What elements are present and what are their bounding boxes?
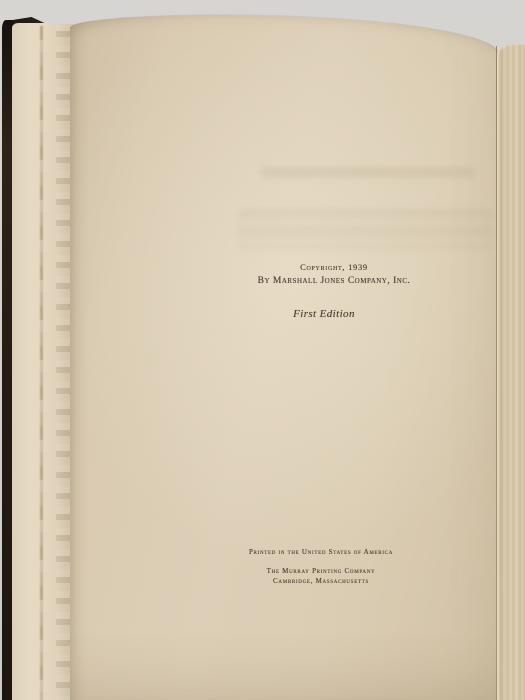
colophon-block: Printed in the United States of America … — [221, 548, 421, 585]
ink-show-through — [260, 167, 475, 178]
flyleaf-crease — [40, 26, 43, 700]
copyright-page — [70, 15, 497, 700]
ink-show-through — [238, 209, 493, 249]
publisher-line: By Marshall Jones Company, Inc. — [234, 276, 434, 287]
photo-backdrop: Copyright, 1939 By Marshall Jones Compan… — [0, 0, 525, 700]
copyright-line: Copyright, 1939 — [234, 262, 434, 272]
printer-city-line: Cambridge, Massachusetts — [221, 577, 421, 585]
printed-in-line: Printed in the United States of America — [221, 548, 421, 556]
copyright-block: Copyright, 1939 By Marshall Jones Compan… — [234, 262, 434, 287]
printer-name-line: The Murray Printing Company — [221, 567, 421, 575]
flyleaf-endpaper-edge — [12, 23, 58, 700]
fore-edge-page-block — [497, 44, 525, 700]
edition-notice: First Edition — [224, 308, 424, 320]
